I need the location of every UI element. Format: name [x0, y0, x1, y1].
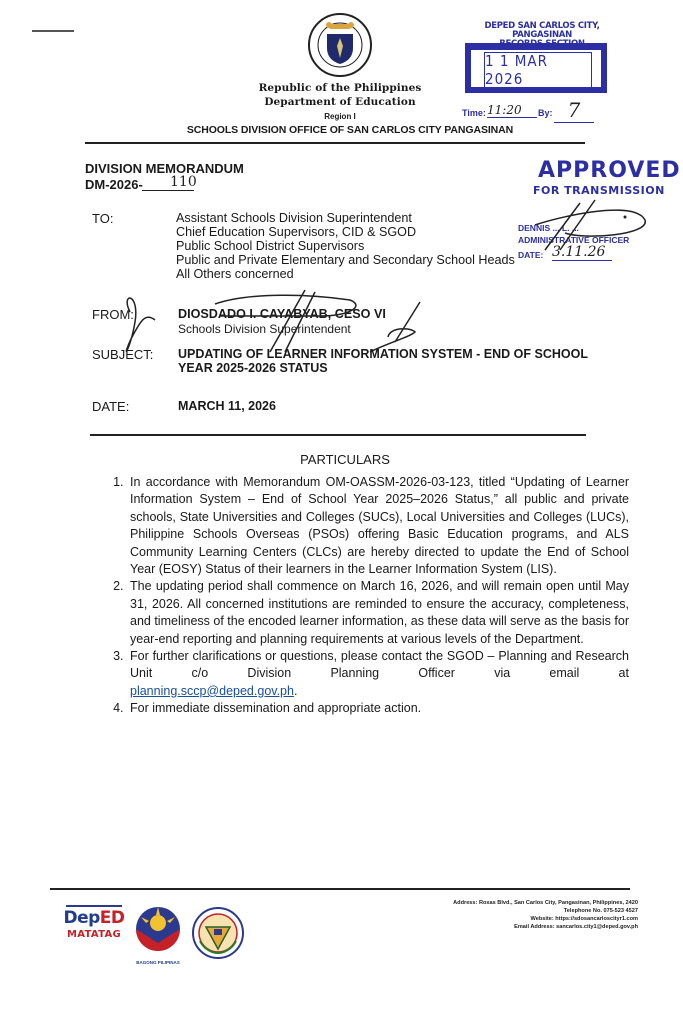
contact-email-link[interactable]: planning.sccp@deped.gov.ph: [130, 684, 294, 698]
email-address: Email Address: sancarlos.city1@deped.gov…: [360, 923, 638, 931]
stamp-by-value: 7: [554, 98, 594, 123]
to-label: TO:: [92, 211, 113, 226]
particular-item: In accordance with Memorandum OM-OASSM-2…: [127, 474, 629, 578]
sender-title: Schools Division Superintendent: [178, 322, 351, 336]
subject-text: UPDATING OF LEARNER INFORMATION SYSTEM -…: [178, 347, 598, 375]
recipient-list: Assistant Schools Division Superintenden…: [176, 211, 515, 281]
stamp-office: DEPED SAN CARLOS CITY, PANGASINAN: [462, 22, 622, 40]
deped-wordmark: DepED: [60, 907, 128, 929]
memo-number-prefix: DM-2026-: [85, 177, 143, 192]
deped-seal-icon: [307, 12, 373, 78]
bagong-pilipinas-caption: BAGONG PILIPINAS: [131, 960, 185, 965]
footer-divider: [50, 888, 630, 890]
republic-heading: Republic of the Philippines: [190, 82, 490, 94]
released-date: 1 1 MAR 2026: [485, 52, 591, 88]
deped-wordmark-part: ED: [100, 908, 125, 928]
telephone: Telephone No. 075-523 4527: [360, 907, 638, 915]
recipient: Assistant Schools Division Superintenden…: [176, 211, 515, 225]
bagong-pilipinas-logo: BAGONG PILIPINAS: [131, 903, 185, 965]
contact-info: Address: Roxas Blvd., San Carlos City, P…: [360, 899, 638, 931]
approved-date-value: 3.11.26: [552, 244, 612, 261]
sender-name: DIOSDADO I. CAYABYAB, CESO VI: [178, 307, 386, 321]
stamp-time-value: 11:20: [487, 103, 537, 118]
matatag-wordmark: MATATAG: [60, 929, 128, 940]
approved-stamp-subtitle: FOR TRANSMISSION: [533, 184, 665, 197]
recipient: Chief Education Supervisors, CID & SGOD: [176, 225, 515, 239]
particulars-heading: PARTICULARS: [90, 452, 600, 467]
address: Address: Roxas Blvd., San Carlos City, P…: [360, 899, 638, 907]
particular-text: In accordance with Memorandum OM-OASSM-2…: [130, 475, 629, 576]
recipient: Public School District Supervisors: [176, 239, 515, 253]
released-stamp-inner: 1 1 MAR 2026: [484, 52, 592, 88]
date-label: DATE:: [92, 399, 129, 414]
particular-item: The updating period shall commence on Ma…: [127, 578, 629, 648]
particular-text: The updating period shall commence on Ma…: [130, 579, 629, 645]
particular-item: For immediate dissemination and appropri…: [127, 700, 629, 717]
deped-wordmark-part: Dep: [63, 908, 99, 928]
scan-mark: [32, 30, 74, 32]
recipient: All Others concerned: [176, 267, 515, 281]
body-divider: [90, 434, 586, 436]
memo-date: MARCH 11, 2026: [178, 399, 276, 413]
memo-number-value: 110: [142, 174, 194, 191]
header-divider: [85, 142, 585, 144]
office-heading: SCHOOLS DIVISION OFFICE OF SAN CARLOS CI…: [160, 124, 540, 136]
approving-officer-name: DENNIS ... L. ...: [518, 223, 579, 233]
region-heading: Region I: [190, 112, 490, 121]
from-label: FROM:: [92, 307, 134, 322]
deped-matatag-logo: DepED MATATAG: [60, 905, 128, 960]
particular-text: For immediate dissemination and appropri…: [130, 701, 421, 715]
approved-stamp-title: APPROVED: [538, 158, 681, 183]
particular-item: For further clarifications or questions,…: [127, 648, 629, 700]
stamp-by-label: By:: [538, 108, 553, 118]
stamp-time-label: Time:: [462, 108, 486, 118]
approved-date-label: DATE:: [518, 250, 543, 260]
department-heading: Department of Education: [190, 96, 490, 108]
particular-text: For further clarifications or questions,…: [130, 649, 629, 680]
sdo-san-carlos-seal-icon: [192, 907, 244, 959]
recipient: Public and Private Elementary and Second…: [176, 253, 515, 267]
subject-label: SUBJECT:: [92, 347, 153, 362]
bagong-pilipinas-icon: [131, 903, 185, 955]
particulars-list: In accordance with Memorandum OM-OASSM-2…: [105, 474, 629, 718]
website: Website: https://sdosancarloscityr1.com: [360, 915, 638, 923]
